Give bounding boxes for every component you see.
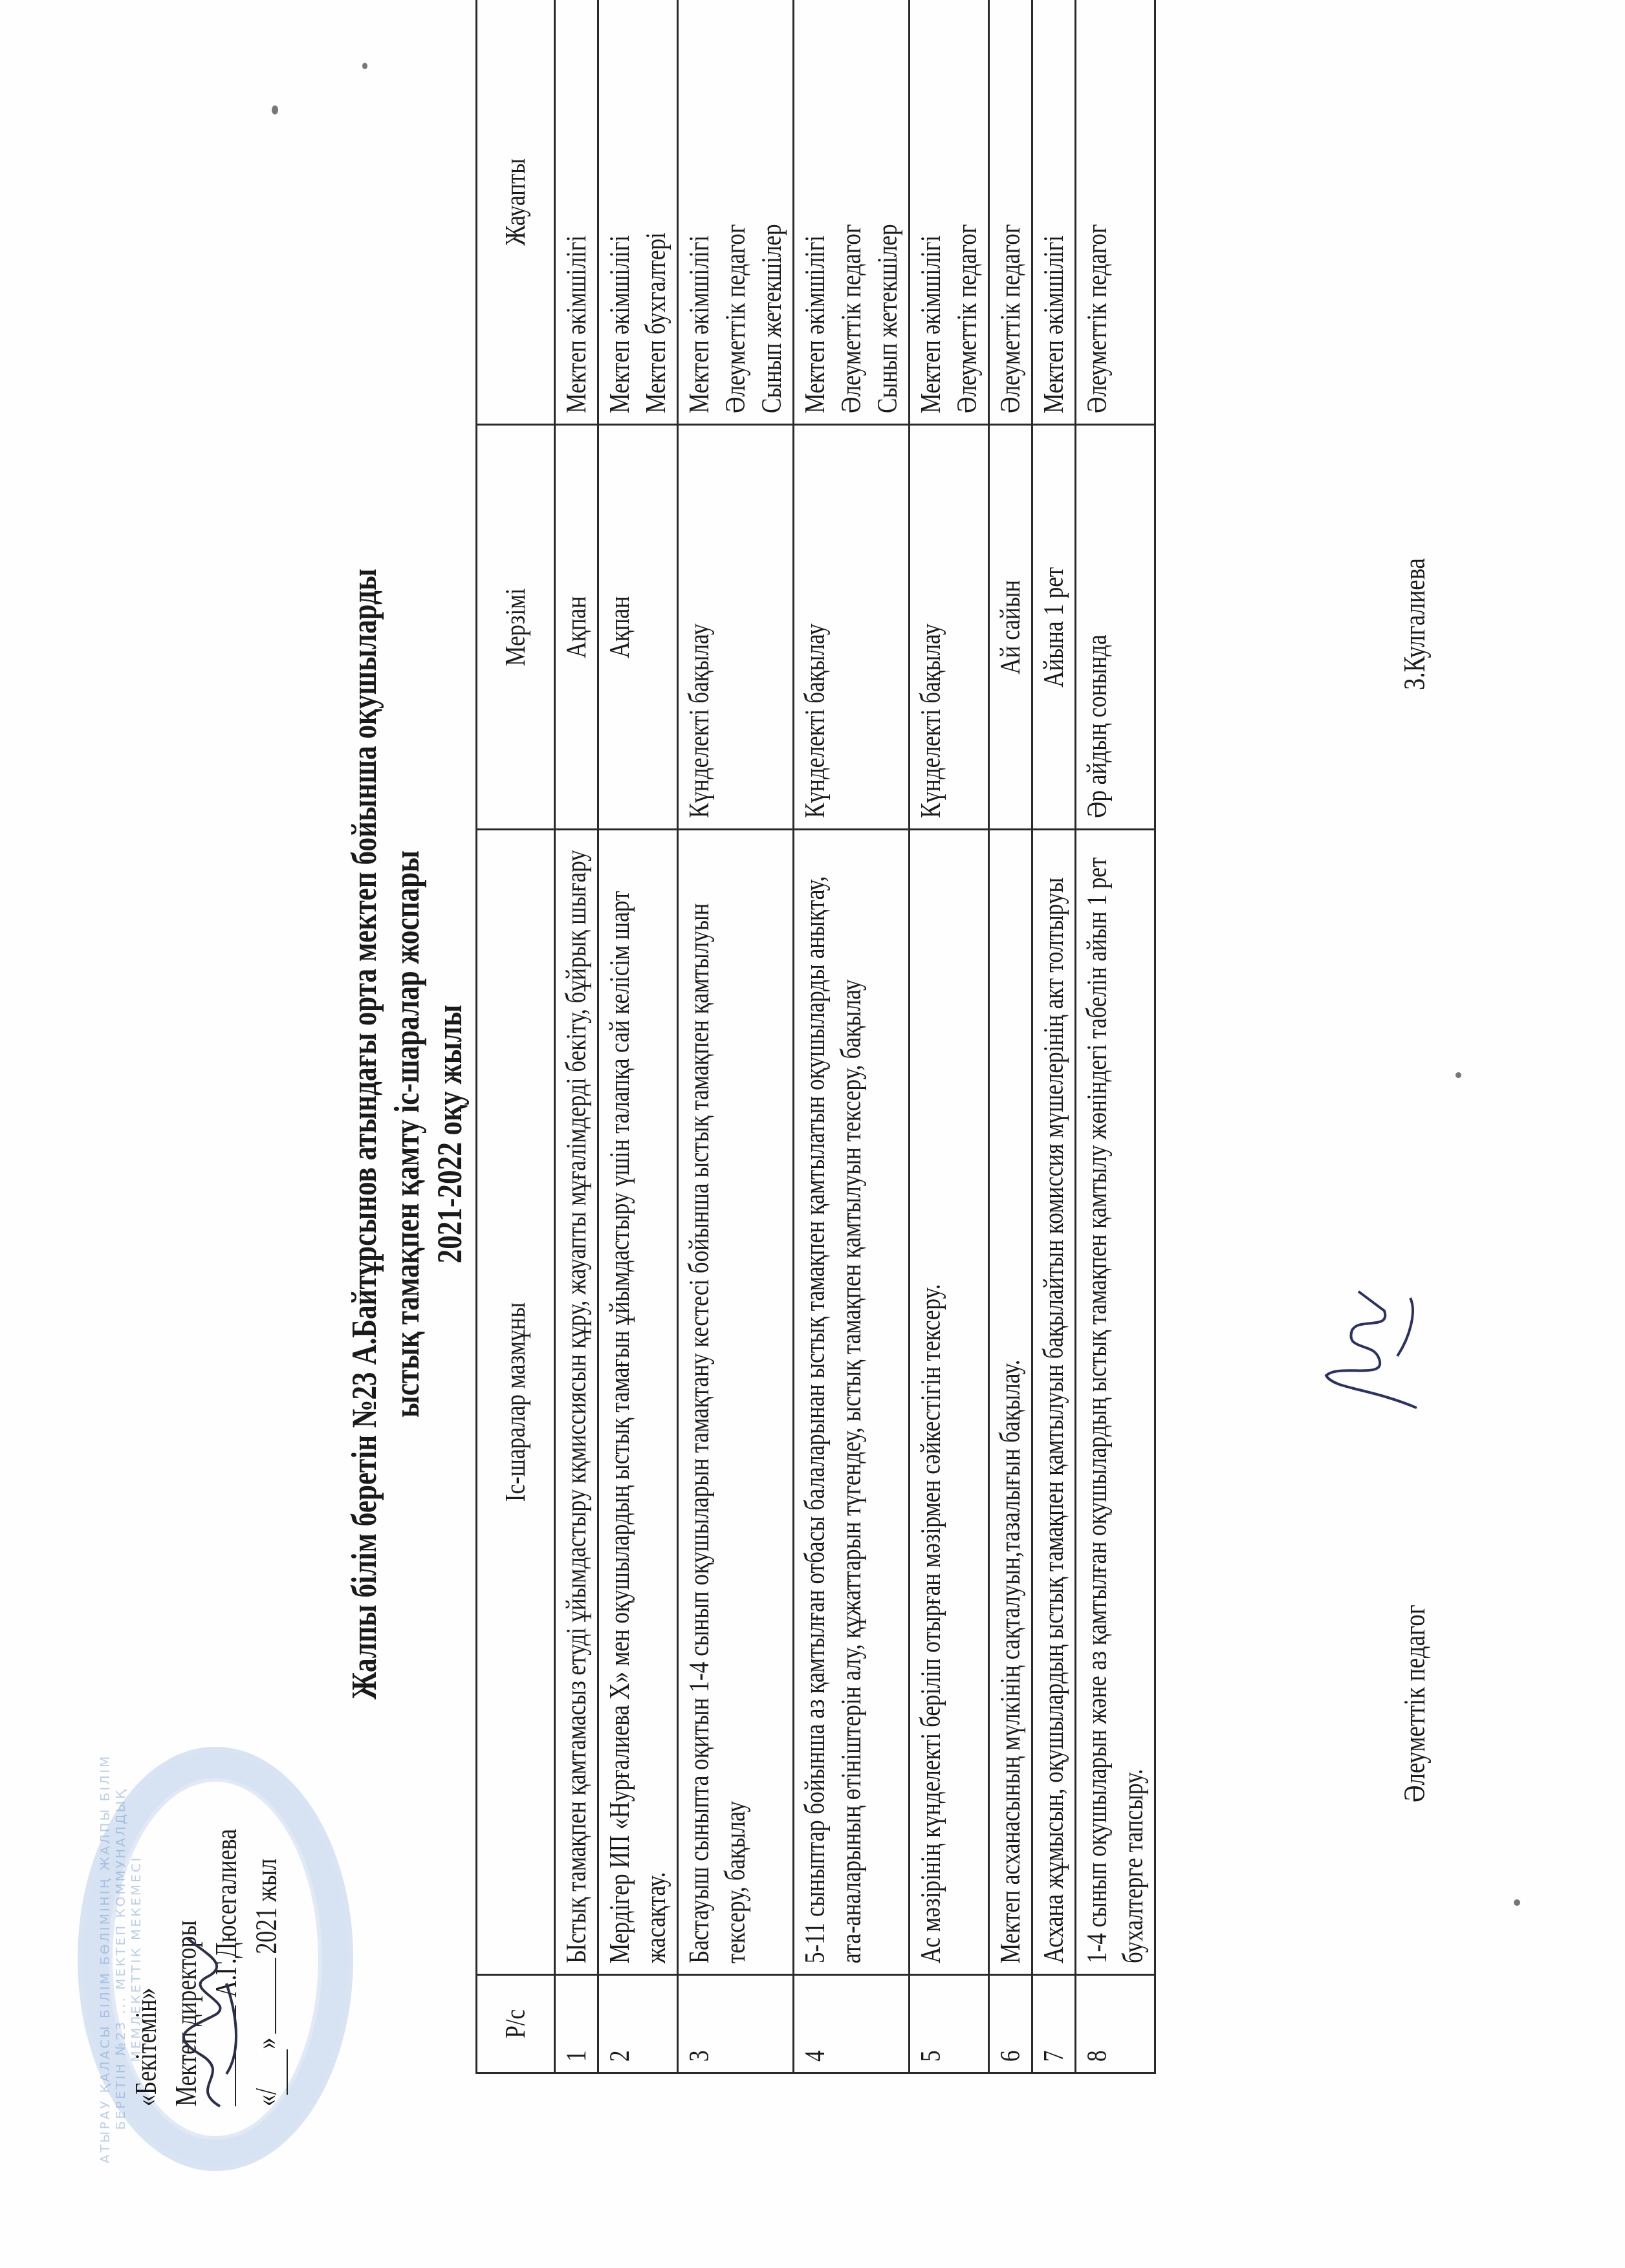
table-row: 7Асхана жұмысын, оқушылардың ыстық тамақ…: [1032, 0, 1076, 2073]
activity-term: Ақпан: [598, 425, 678, 829]
date-close-quote: »: [250, 2038, 283, 2049]
activity-responsible: Мектеп әкімшілігіӘлеуметтік педагогСынып…: [794, 0, 910, 425]
scan-speck: [1456, 1072, 1461, 1078]
date-day: /: [250, 2088, 283, 2095]
activity-responsible: Мектеп әкімшілігі: [1032, 0, 1076, 425]
table-row: 2Мердігер ИП «Нурғалиева Х» мен оқушылар…: [598, 0, 678, 2073]
footer-role: Әлеуметтік педагог: [1397, 1604, 1432, 1802]
activity-term: Күнделекті бақылау: [794, 425, 910, 829]
row-number: 7: [1032, 1974, 1076, 2073]
row-number: 3: [678, 1974, 794, 2073]
activity-responsible: Әлеуметтік педагог: [1076, 0, 1155, 425]
date-year: 2021 жыл: [250, 1859, 283, 1954]
activity-content: Асхана жұмысын, оқушылардың ыстық тамақп…: [1032, 829, 1076, 1974]
approval-date: «/»2021 жыл: [246, 1829, 288, 2106]
activity-responsible: Мектеп әкімшілігіӘлеуметтік педагог: [910, 0, 989, 425]
activity-content: Ыстық тамақпен қамтамасыз етуді ұйымдаст…: [555, 829, 598, 1974]
responsible-party: Сынып жетекшілер: [869, 0, 906, 413]
activity-term: Ай сайын: [989, 425, 1032, 829]
title-line-2: ыстық тамақпен қамту іс-шаралар жоспары: [386, 227, 428, 2042]
row-number: 5: [910, 1974, 989, 2073]
header-content: Іс-шаралар мазмұны: [477, 829, 555, 1974]
header-term: Мерзімі: [477, 425, 555, 829]
header-num: Р/с: [477, 1974, 555, 2073]
document-page: АТЫРАУ ҚАЛАСЫ БІЛІМ БӨЛІМІНІҢ ЖАЛПЫ БІЛІ…: [0, 0, 1625, 2268]
table-row: 45-11 сыныптар бойынша аз қамтылған отба…: [794, 0, 910, 2073]
footer-name: З.Кулгалиева: [1397, 558, 1432, 690]
date-open-quote: «: [250, 2095, 283, 2106]
activity-term: Күнделекті бақылау: [678, 425, 794, 829]
responsible-party: Мектеп әкімшілігі: [1036, 0, 1072, 413]
director-signature-line: А.Г.Дюсегалиева: [206, 1829, 246, 2106]
activity-content: Мектеп асханасының мүлкінің сақталуын,та…: [989, 829, 1032, 1974]
approval-block: «Бекітемін» Мектеп директоры А.Г.Дюсегал…: [126, 1829, 288, 2106]
responsible-party: Әлеуметтік педагог: [992, 0, 1029, 413]
title-line-1: Жалпы білім беретін №23 А.Байтұрсынов ат…: [343, 227, 386, 2042]
activity-responsible: Мектеп әкімшілігіМектеп бухгалтері: [598, 0, 678, 425]
scan-speck: [362, 63, 367, 69]
activity-content: Ас мәзірінің күнделекті беріліп отырған …: [910, 829, 989, 1974]
director-position: Мектеп директоры: [166, 1829, 206, 2106]
row-number: 6: [989, 1974, 1032, 2073]
row-number: 1: [555, 1974, 598, 2073]
responsible-party: Мектеп бухгалтері: [638, 0, 674, 413]
table-row: 5Ас мәзірінің күнделекті беріліп отырған…: [910, 0, 989, 2073]
activity-term: Ақпан: [555, 425, 598, 829]
date-day-blank: /: [246, 2049, 288, 2095]
activity-content: 1-4 сынып оқушыларын және аз қамтылған о…: [1076, 829, 1155, 1974]
row-number: 2: [598, 1974, 678, 2073]
approved-label: «Бекітемін»: [126, 1829, 166, 2106]
signature-blank: [235, 2005, 236, 2106]
activity-content: Мердігер ИП «Нурғалиева Х» мен оқушылард…: [598, 829, 678, 1974]
responsible-party: Әлеуметтік педагог: [1079, 0, 1115, 413]
activity-content: 5-11 сыныптар бойынша аз қамтылған отбас…: [794, 829, 910, 1974]
responsible-party: Мектеп әкімшілігі: [681, 0, 717, 413]
date-month-blank: [275, 1958, 276, 2034]
activity-responsible: Әлеуметтік педагог: [989, 0, 1032, 425]
activity-content: Бастауыш сыныпта оқитын 1-4 сынып оқушыл…: [678, 829, 794, 1974]
scan-speck: [1514, 1899, 1520, 1906]
director-name: А.Г.Дюсегалиева: [210, 1829, 243, 1998]
pedagog-signature-icon: [1320, 1285, 1430, 1427]
activities-table: Р/с Іс-шаралар мазмұны Мерзімі Жауапты 1…: [475, 0, 1156, 2074]
responsible-party: Сынып жетекшілер: [754, 0, 790, 413]
responsible-party: Мектеп әкімшілігі: [797, 0, 833, 413]
row-number: 8: [1076, 1974, 1155, 2073]
table-header-row: Р/с Іс-шаралар мазмұны Мерзімі Жауапты: [477, 0, 555, 2073]
responsible-party: Мектеп әкімшілігі: [558, 0, 594, 413]
table-row: 3Бастауыш сыныпта оқитын 1-4 сынып оқушы…: [678, 0, 794, 2073]
header-responsible: Жауапты: [477, 0, 555, 425]
activity-responsible: Мектеп әкімшілігіӘлеуметтік педагогСынып…: [678, 0, 794, 425]
responsible-party: Әлеуметтік педагог: [949, 0, 985, 413]
row-number: 4: [794, 1974, 910, 2073]
table-row: 1Ыстық тамақпен қамтамасыз етуді ұйымдас…: [555, 0, 598, 2073]
responsible-party: Әлеуметтік педагог: [717, 0, 754, 413]
responsible-party: Әлеуметтік педагог: [833, 0, 869, 413]
table-row: 81-4 сынып оқушыларын және аз қамтылған …: [1076, 0, 1155, 2073]
activity-term: Айына 1 рет: [1032, 425, 1076, 829]
title-line-3: 2021-2022 оқу жылы: [428, 227, 471, 2042]
activity-term: Әр айдың сонында: [1076, 425, 1155, 829]
responsible-party: Мектеп әкімшілігі: [913, 0, 949, 413]
document-title: Жалпы білім беретін №23 А.Байтұрсынов ат…: [343, 0, 471, 2268]
table-row: 6Мектеп асханасының мүлкінің сақталуын,т…: [989, 0, 1032, 2073]
scan-speck: [272, 105, 278, 114]
activity-term: Күнделекті бақылау: [910, 425, 989, 829]
activity-responsible: Мектеп әкімшілігі: [555, 0, 598, 425]
responsible-party: Мектеп әкімшілігі: [602, 0, 638, 413]
